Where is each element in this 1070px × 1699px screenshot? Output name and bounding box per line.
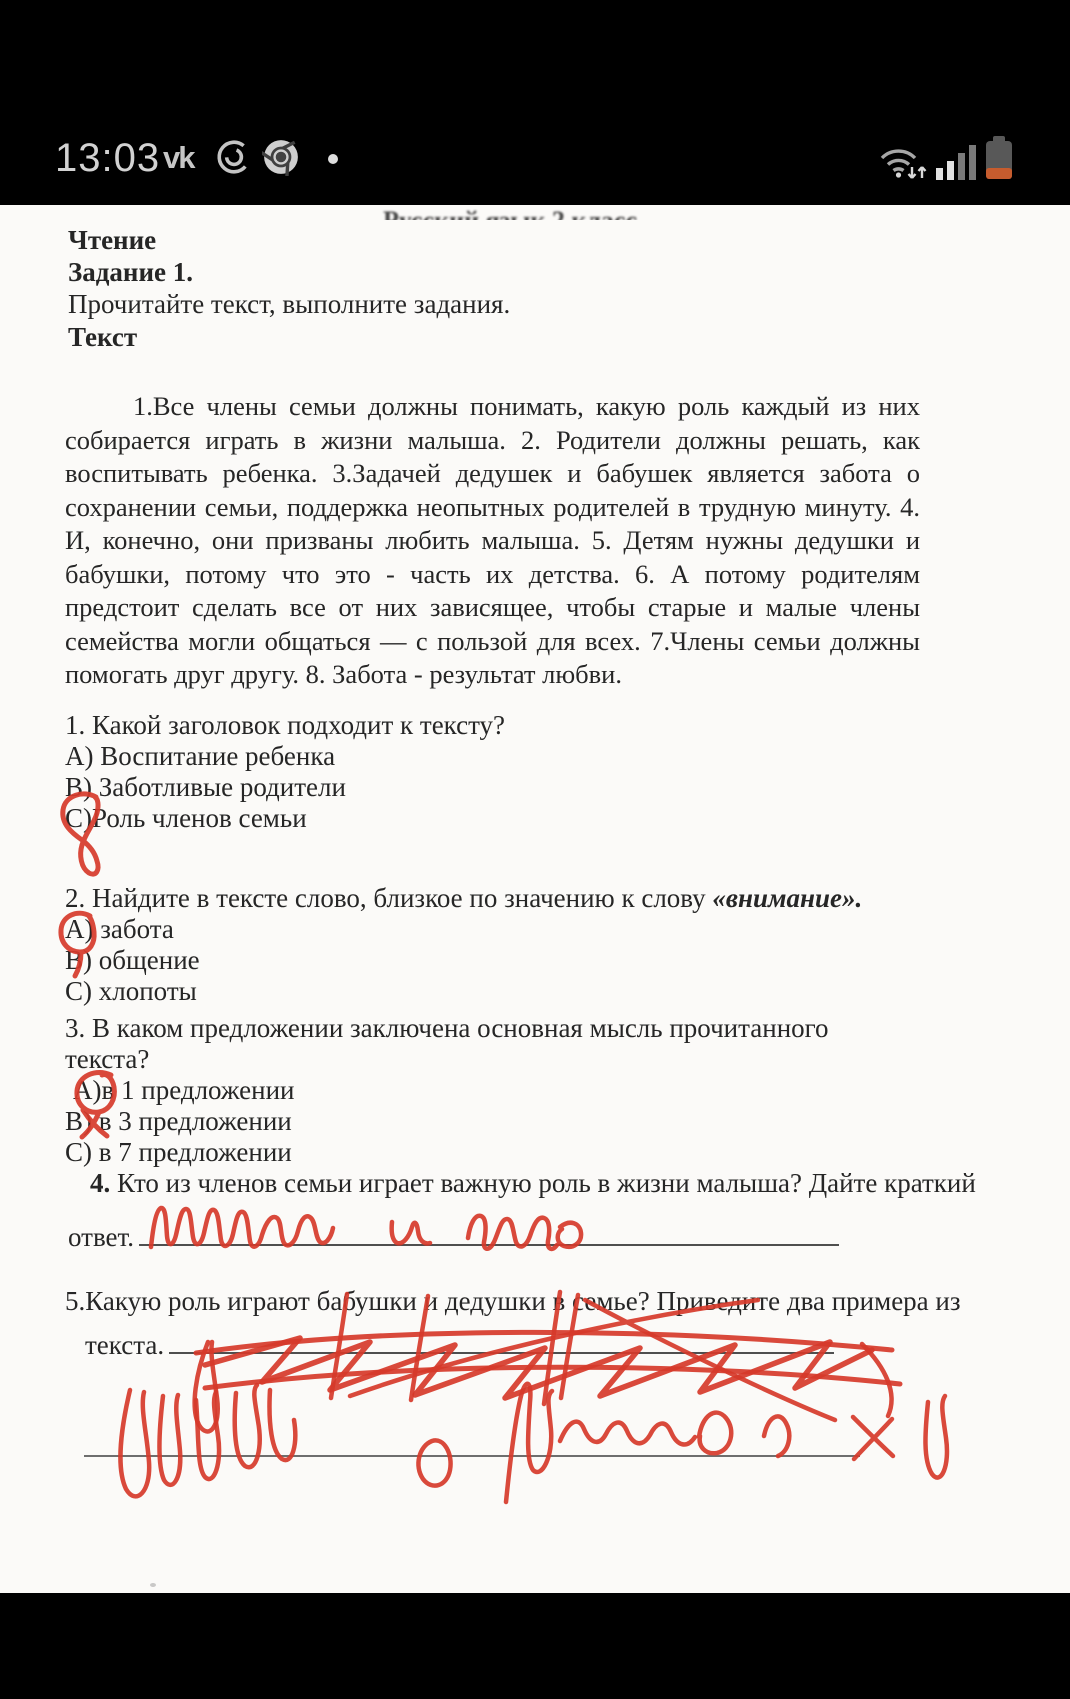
question-4-answer-row: ответ.	[68, 1222, 839, 1253]
question-3-option-a: A)в 1 предложении	[65, 1075, 829, 1106]
question-5-answer-row: текста.	[85, 1330, 834, 1361]
question-1-option-b: B) Заботливые родители	[65, 772, 505, 803]
question-3-text-line1: 3. В каком предложении заключена основна…	[65, 1013, 829, 1044]
question-5-answer-line	[169, 1347, 834, 1354]
question-5-text: 5.Какую роль играют бабушки и дедушки в …	[65, 1286, 961, 1317]
section-title: Чтение	[68, 225, 156, 256]
target-sync-icon	[215, 138, 253, 176]
question-3-text-line2: текста?	[65, 1044, 829, 1075]
reading-passage: 1.Все члены семьи должны понимать, какую…	[65, 390, 920, 692]
status-bar: 13:03 vk	[0, 128, 1070, 192]
signal-bars-icon	[936, 140, 980, 180]
text-label: Текст	[68, 322, 137, 353]
question-3-option-c: C) в 7 предложении	[65, 1137, 829, 1168]
phone-screen: 13:03 vk	[0, 0, 1070, 1699]
question-4-answer-line	[139, 1239, 839, 1246]
question-1: 1. Какой заголовок подходит к тексту? A)…	[65, 710, 505, 834]
question-1-option-a: A) Воспитание ребенка	[65, 741, 505, 772]
notification-dot	[328, 154, 338, 164]
question-2-text: 2. Найдите в тексте слово, близкое по зн…	[65, 883, 862, 914]
task-instruction: Прочитайте текст, выполните задания.	[68, 289, 510, 320]
question-2-option-a: A) забота	[65, 914, 862, 945]
vk-icon: vk	[163, 140, 193, 176]
worksheet-photo[interactable]: Русский язык 2 класс Чтение Задание 1. П…	[0, 205, 1070, 1593]
question-1-option-c: C)Роль членов семьи	[65, 803, 505, 834]
question-2-option-b: B) общение	[65, 945, 862, 976]
clock: 13:03	[55, 136, 160, 181]
question-2-option-c: C) хлопоты	[65, 976, 862, 1007]
cutoff-page-header: Русский язык 2 класс	[335, 205, 685, 220]
question-1-text: 1. Какой заголовок подходит к тексту?	[65, 710, 505, 741]
question-3: 3. В каком предложении заключена основна…	[65, 1013, 829, 1168]
battery-icon	[982, 134, 1016, 182]
wifi-arrows-icon	[878, 140, 928, 184]
chrome-icon	[262, 138, 300, 176]
paper-speck	[150, 1583, 156, 1587]
question-4-text: 4. Кто из членов семьи играет важную рол…	[90, 1168, 976, 1199]
question-3-option-b: B) в 3 предложении	[65, 1106, 829, 1137]
question-2-keyword: «внимание».	[712, 883, 862, 913]
question-2: 2. Найдите в тексте слово, близкое по зн…	[65, 883, 862, 1007]
question-4-number: 4.	[90, 1168, 110, 1198]
task-title: Задание 1.	[68, 257, 193, 288]
answer-line-2	[84, 1455, 860, 1457]
